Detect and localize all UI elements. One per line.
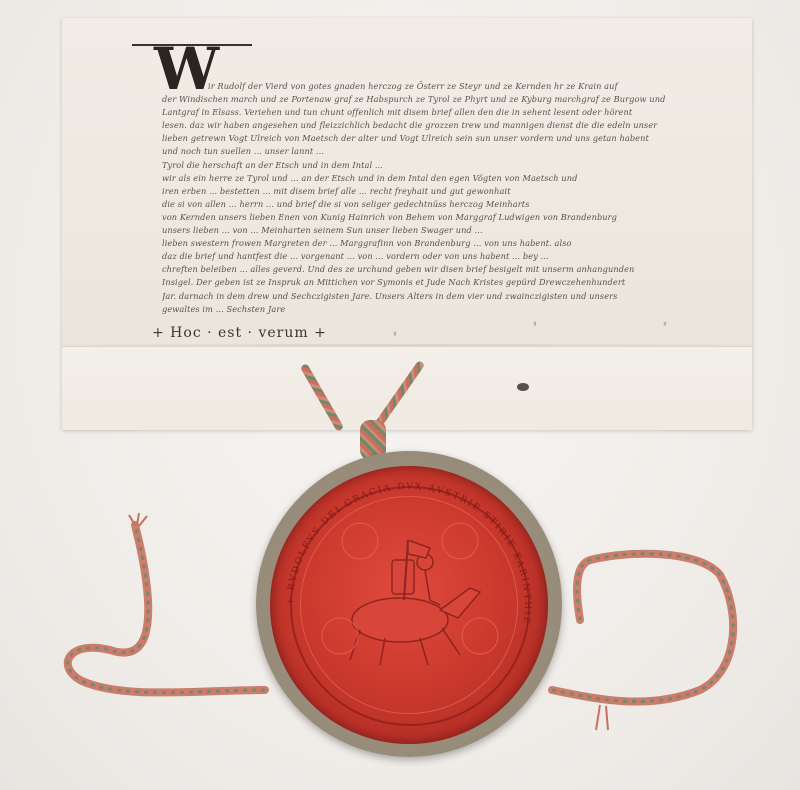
svg-text:+ RVDOLFVS DEI GRACIA DVX AVST: + RVDOLFVS DEI GRACIA DVX AVSTRIE STIRIE… [286, 482, 532, 626]
seal-legend-ring: + RVDOLFVS DEI GRACIA DVX AVSTRIE STIRIE… [270, 466, 548, 744]
